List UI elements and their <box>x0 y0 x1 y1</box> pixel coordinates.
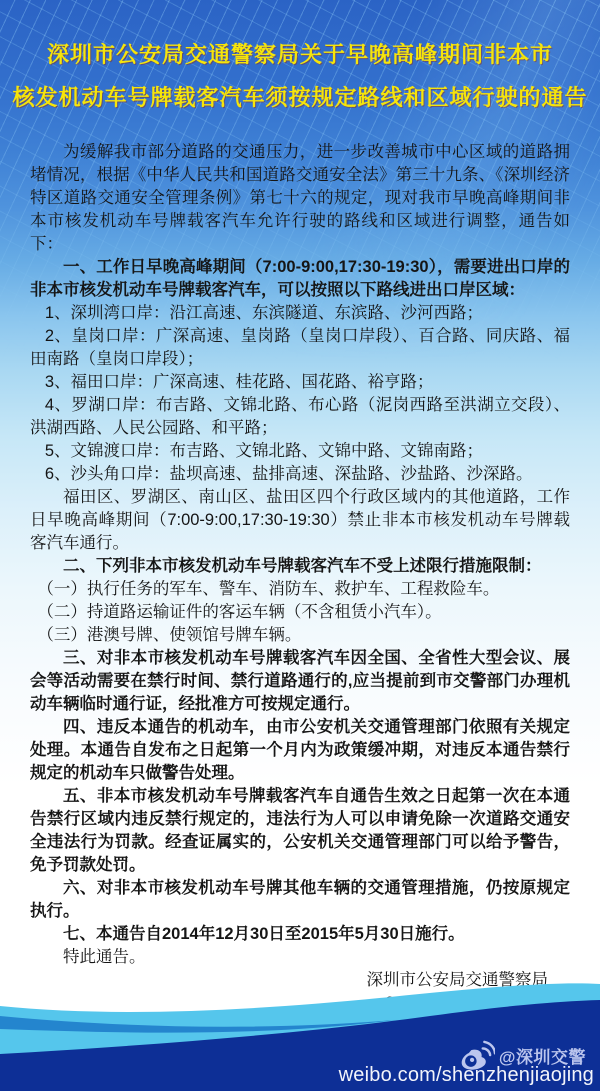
weibo-url: weibo.com/shenzhenjiaojing <box>339 1064 594 1087</box>
section-1-heading: 一、工作日早晚高峰期间（7:00-9:00,17:30-19:30），需要进出口… <box>30 256 570 302</box>
section-4-paragraph: 四、违反本通告的机动车，由市公安机关交通管理部门依照有关规定处理。本通告自发布之… <box>30 716 570 785</box>
port-route-shatoujiao: 6、沙头角口岸：盐坝高速、盐排高速、深盐路、沙盐路、沙深路。 <box>30 463 570 486</box>
section-6-paragraph: 六、对非本市核发机动车号牌其他车辆的交通管理措施，仍按原规定执行。 <box>30 877 570 923</box>
notice-title: 深圳市公安局交通警察局关于早晚高峰期间非本市 核发机动车号牌载客汽车须按规定路线… <box>0 33 600 119</box>
section-2-heading: 二、下列非本市核发机动车号牌载客汽车不受上述限行措施限制： <box>30 555 570 578</box>
notice-title-line-2: 核发机动车号牌载客汽车须按规定路线和区域行驶的通告 <box>0 76 600 119</box>
section-7-paragraph: 七、本通告自2014年12月30日至2015年5月30日施行。 <box>30 923 570 946</box>
section-3-paragraph: 三、对非本市核发机动车号牌载客汽车因全国、全省性大型会议、展会等活动需要在禁行时… <box>30 647 570 716</box>
port-route-futian: 3、福田口岸：广深高速、桂花路、国花路、裕亨路； <box>30 371 570 394</box>
exemption-item-2: （二）持道路运输证件的客运车辆（不含租赁小汽车）。 <box>30 601 570 624</box>
exemption-item-3: （三）港澳号牌、使领馆号牌车辆。 <box>30 624 570 647</box>
district-restriction-note: 福田区、罗湖区、南山区、盐田区四个行政区域内的其他道路，工作日早晚高峰期间（7:… <box>30 486 570 555</box>
section-5-paragraph: 五、非本市核发机动车号牌载客汽车自通告生效之日起第一次在本通告禁行区域内违反禁行… <box>30 785 570 877</box>
intro-paragraph: 为缓解我市部分道路的交通压力，进一步改善城市中心区域的道路拥堵情况，根据《中华人… <box>30 141 570 256</box>
notice-poster: 深圳市公安局交通警察局关于早晚高峰期间非本市 核发机动车号牌载客汽车须按规定路线… <box>0 0 600 1091</box>
port-route-huanggang: 2、皇岗口岸：广深高速、皇岗路（皇岗口岸段）、百合路、同庆路、福田南路（皇岗口岸… <box>30 325 570 371</box>
exemption-item-1: （一）执行任务的军车、警车、消防车、救护车、工程救险车。 <box>30 578 570 601</box>
port-route-wenjindu: 5、文锦渡口岸：布吉路、文锦北路、文锦中路、文锦南路； <box>30 440 570 463</box>
port-route-luohu: 4、罗湖口岸：布吉路、文锦北路、布心路（泥岗西路至洪湖立交段）、洪湖西路、人民公… <box>30 394 570 440</box>
notice-title-line-1: 深圳市公安局交通警察局关于早晚高峰期间非本市 <box>0 33 600 76</box>
notice-body: 为缓解我市部分道路的交通压力，进一步改善城市中心区域的道路拥堵情况，根据《中华人… <box>0 141 600 1015</box>
port-route-shenzhen-bay: 1、深圳湾口岸：沿江高速、东滨隧道、东滨路、沙河西路； <box>30 302 570 325</box>
